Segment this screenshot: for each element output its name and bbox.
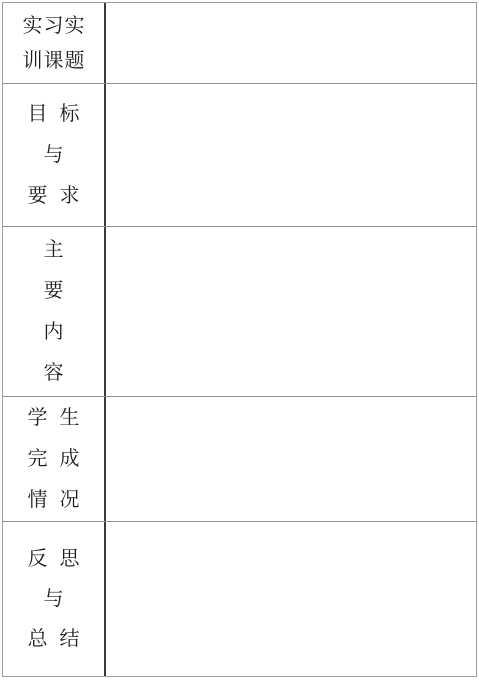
row-header-goals-requirements: 目标 与 要求 [3, 84, 106, 226]
row-header-text-line: 要求 [16, 186, 92, 206]
row-header-text-line: 训课题 [22, 51, 86, 71]
row-header-text-line: 与 [44, 145, 64, 165]
table-row-main-content: 主 要 内 容 [3, 226, 476, 396]
row-header-text-line: 总结 [16, 629, 92, 649]
table-row-goals: 目标 与 要求 [3, 83, 476, 226]
row-header-text-line: 主 [44, 240, 64, 260]
row-header-text-line: 内 [44, 322, 64, 342]
row-header-text-line: 情况 [16, 490, 92, 510]
table-row-completion: 学生 完成 情况 [3, 396, 476, 521]
row-header-student-completion: 学生 完成 情况 [3, 397, 106, 521]
row-header-main-content: 主 要 内 容 [3, 227, 106, 396]
table-row-topic: 实习实 训课题 [3, 3, 476, 83]
row-header-reflection-summary: 反思 与 总结 [3, 522, 106, 676]
topic-content-cell [106, 3, 476, 83]
completion-content-cell [106, 397, 476, 521]
goals-content-cell [106, 84, 476, 226]
table-row-reflection: 反思 与 总结 [3, 521, 476, 676]
row-header-text-line: 反思 [16, 549, 92, 569]
row-header-text-line: 容 [44, 363, 64, 383]
row-header-text-line: 与 [44, 589, 64, 609]
main-content-cell [106, 227, 476, 396]
row-header-text-line: 学生 [16, 408, 92, 428]
row-header-text-line: 完成 [16, 449, 92, 469]
row-header-text-line: 目标 [16, 104, 92, 124]
row-header-text-line: 要 [44, 281, 64, 301]
row-header-text-line: 实习实 [22, 16, 86, 36]
report-form-table: 实习实 训课题 目标 与 要求 主 要 内 容 学生 完成 情况 反思 [2, 2, 477, 677]
row-header-internship-topic: 实习实 训课题 [3, 3, 106, 83]
reflection-content-cell [106, 522, 476, 676]
